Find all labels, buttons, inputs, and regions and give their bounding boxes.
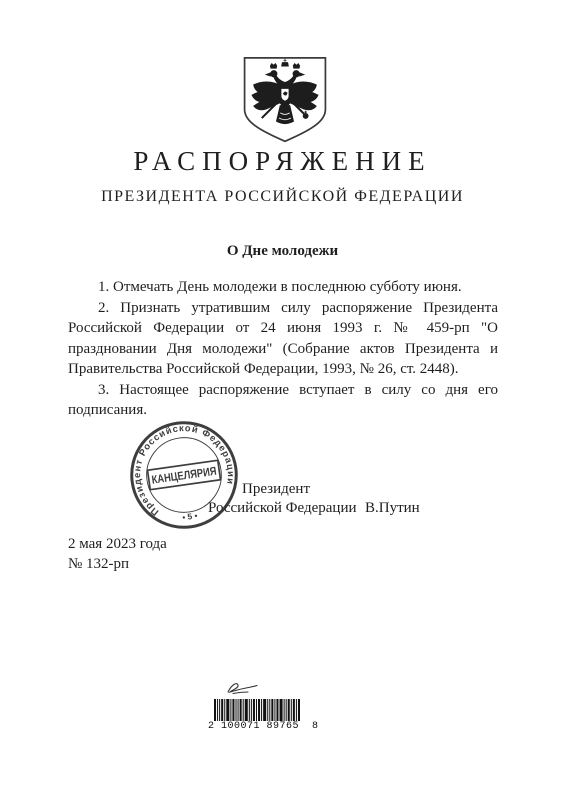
russian-coat-of-arms-icon: [242, 56, 328, 144]
body-paragraph-1: 1. Отмечать День молодежи в последнюю су…: [68, 277, 498, 298]
barcode: [214, 699, 300, 721]
document-subtitle: ПРЕЗИДЕНТА РОССИЙСКОЙ ФЕДЕРАЦИИ: [0, 188, 565, 206]
date-number-block: 2 мая 2023 года № 132-рп: [68, 534, 167, 574]
signatory-name: В.Путин: [365, 500, 420, 517]
document-title: РАСПОРЯЖЕНИЕ: [0, 146, 565, 177]
document-date: 2 мая 2023 года: [68, 534, 167, 554]
document-page: РАСПОРЯЖЕНИЕ ПРЕЗИДЕНТА РОССИЙСКОЙ ФЕДЕР…: [0, 0, 565, 800]
stamp-bottom-number: • 5 •: [182, 510, 198, 522]
body-paragraph-3: 3. Настоящее распоряжение вступает в сил…: [68, 380, 498, 421]
chancellery-round-seal-icon: Президент Российской Федерации КАНЦЕЛЯРИ…: [121, 411, 248, 539]
signature-post-line-1: Президент: [242, 481, 310, 498]
document-body: 1. Отмечать День молодежи в последнюю су…: [68, 277, 498, 421]
barcode-number: 2 100071 89765 8: [208, 721, 306, 732]
handwritten-initials-icon: [224, 680, 260, 698]
body-paragraph-2: 2. Признать утратившим силу распоряжение…: [68, 298, 498, 380]
document-subject: О Дне молодежи: [0, 243, 565, 260]
document-number: № 132-рп: [68, 554, 167, 574]
